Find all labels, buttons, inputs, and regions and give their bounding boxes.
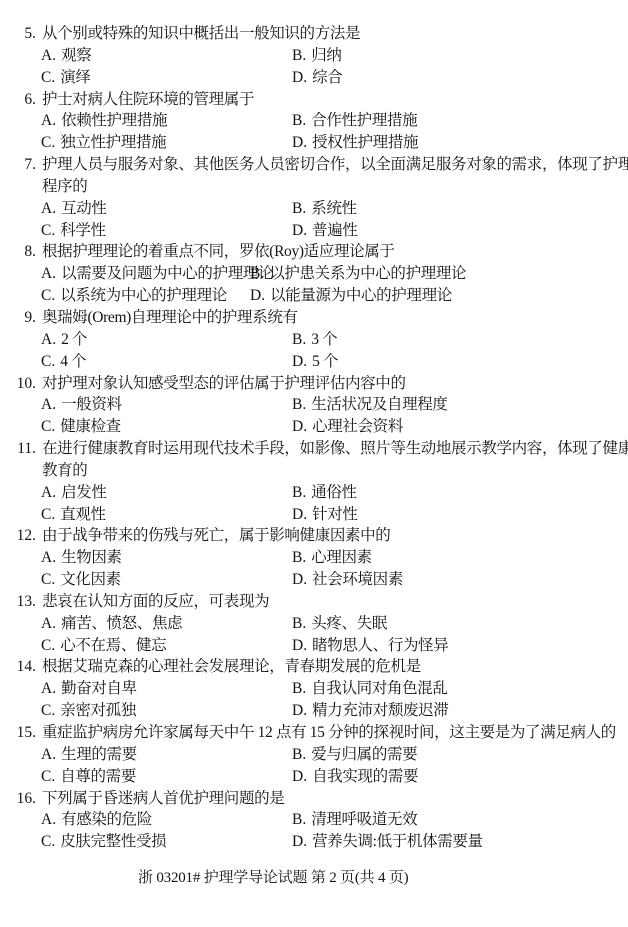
option-text: 针对性 bbox=[312, 506, 357, 523]
exam-page: 5.从个别或特殊的知识中概括出一般知识的方法是A.观察B.归纳C.演绎D.综合6… bbox=[0, 0, 628, 927]
option-item: B.爱与归属的需要 bbox=[292, 744, 417, 766]
option-text: 勤奋对自卑 bbox=[61, 680, 137, 697]
question-stem-line: 16.下列属于昏迷病人首优护理问题的是 bbox=[0, 788, 628, 810]
option-text: 精力充沛对颓废迟滞 bbox=[312, 702, 448, 719]
option-item: C.演绎 bbox=[41, 67, 91, 89]
question-block: 6.护士对病人住院环境的管理属于A.依赖性护理措施B.合作性护理措施C.独立性护… bbox=[0, 89, 628, 155]
option-item: A.勤奋对自卑 bbox=[41, 678, 137, 700]
option-row: A.依赖性护理措施B.合作性护理措施 bbox=[0, 110, 628, 132]
option-item: C.科学性 bbox=[41, 220, 106, 242]
option-text: 睹物思人、行为怪异 bbox=[312, 637, 448, 654]
option-label: A. bbox=[41, 200, 56, 217]
option-label: A. bbox=[41, 811, 56, 828]
question-stem-line: 10.对护理对象认知感受型态的评估属于护理评估内容中的 bbox=[0, 373, 628, 395]
question-stem-text: 程序的 bbox=[42, 176, 87, 198]
option-item: B.自我认同对角色混乱 bbox=[292, 678, 448, 700]
option-row: A.有感染的危险B.清理呼吸道无效 bbox=[0, 809, 628, 831]
question-number: 8. bbox=[0, 241, 36, 263]
option-text: 头疼、失眠 bbox=[311, 615, 387, 632]
option-label: B. bbox=[292, 811, 306, 828]
option-label: C. bbox=[41, 222, 55, 239]
option-row: C.以系统为中心的护理理论D.以能量源为中心的护理理论 bbox=[0, 285, 628, 307]
option-item: D.营养失调:低于机体需要量 bbox=[292, 831, 483, 853]
question-stem-text: 奥瑞姆(Orem)自理理论中的护理系统有 bbox=[42, 307, 298, 329]
option-item: C.文化因素 bbox=[41, 569, 121, 591]
option-text: 观察 bbox=[61, 47, 91, 64]
option-label: B. bbox=[292, 200, 306, 217]
option-item: A.互动性 bbox=[41, 198, 107, 220]
question-number: 12. bbox=[0, 525, 36, 547]
question-number: 7. bbox=[0, 154, 36, 176]
option-item: B.清理呼吸道无效 bbox=[292, 809, 417, 831]
option-item: C.皮肤完整性受损 bbox=[41, 831, 166, 853]
option-text: 综合 bbox=[312, 69, 342, 86]
option-label: D. bbox=[292, 637, 307, 654]
option-text: 3 个 bbox=[311, 331, 337, 348]
option-item: C.直观性 bbox=[41, 504, 106, 526]
question-stem-line: 8.根据护理理论的着重点不同，罗依(Roy)适应理论属于 bbox=[0, 241, 628, 263]
option-row: A.观察B.归纳 bbox=[0, 45, 628, 67]
option-item: A.痛苦、愤怒、焦虑 bbox=[41, 613, 182, 635]
question-number: 9. bbox=[0, 307, 36, 329]
question-stem-line: 14.根据艾瑞克森的心理社会发展理论，青春期发展的危机是 bbox=[0, 656, 628, 678]
question-block: 9.奥瑞姆(Orem)自理理论中的护理系统有A.2 个B.3 个C.4 个D.5… bbox=[0, 307, 628, 373]
option-item: D.以能量源为中心的护理理论 bbox=[250, 285, 452, 307]
option-text: 5 个 bbox=[312, 353, 338, 370]
option-label: B. bbox=[292, 331, 306, 348]
option-label: D. bbox=[292, 69, 307, 86]
question-stem-text: 在进行健康教育时运用现代技术手段，如影像、照片等生动地展示教学内容，体现了健康 bbox=[42, 438, 628, 460]
option-item: D.睹物思人、行为怪异 bbox=[292, 635, 448, 657]
option-label: C. bbox=[41, 702, 55, 719]
question-number: 15. bbox=[0, 722, 36, 744]
option-item: B.心理因素 bbox=[292, 547, 372, 569]
option-row: A.痛苦、愤怒、焦虑B.头疼、失眠 bbox=[0, 613, 628, 635]
option-label: A. bbox=[41, 746, 56, 763]
option-label: A. bbox=[41, 680, 56, 697]
option-label: C. bbox=[41, 571, 55, 588]
option-text: 心不在焉、健忘 bbox=[60, 637, 166, 654]
option-item: A.依赖性护理措施 bbox=[41, 110, 167, 132]
option-item: A.启发性 bbox=[41, 482, 107, 504]
option-text: 演绎 bbox=[60, 69, 90, 86]
option-item: B.合作性护理措施 bbox=[292, 110, 417, 132]
option-label: C. bbox=[41, 637, 55, 654]
question-block: 14.根据艾瑞克森的心理社会发展理论，青春期发展的危机是A.勤奋对自卑B.自我认… bbox=[0, 656, 628, 722]
option-item: A.一般资料 bbox=[41, 394, 122, 416]
option-text: 互动性 bbox=[61, 200, 106, 217]
option-label: A. bbox=[41, 265, 56, 282]
option-label: D. bbox=[292, 571, 307, 588]
option-text: 亲密对孤独 bbox=[60, 702, 136, 719]
option-text: 系统性 bbox=[311, 200, 356, 217]
option-item: D.精力充沛对颓废迟滞 bbox=[292, 700, 448, 722]
option-text: 爱与归属的需要 bbox=[311, 746, 417, 763]
question-stem-text: 由于战争带来的伤残与死亡，属于影响健康因素中的 bbox=[42, 525, 390, 547]
option-item: D.心理社会资料 bbox=[292, 416, 403, 438]
option-item: A.生理的需要 bbox=[41, 744, 137, 766]
option-item: D.针对性 bbox=[292, 504, 358, 526]
question-block: 13.悲哀在认知方面的反应，可表现为A.痛苦、愤怒、焦虑B.头疼、失眠C.心不在… bbox=[0, 591, 628, 657]
option-item: C.独立性护理措施 bbox=[41, 132, 166, 154]
question-number: 6. bbox=[0, 89, 36, 111]
option-text: 社会环境因素 bbox=[312, 571, 403, 588]
option-row: A.生理的需要B.爱与归属的需要 bbox=[0, 744, 628, 766]
option-label: A. bbox=[41, 331, 56, 348]
option-label: B. bbox=[250, 265, 264, 282]
question-stem-continuation: 教育的 bbox=[0, 460, 628, 482]
question-stem-line: 12.由于战争带来的伤残与死亡，属于影响健康因素中的 bbox=[0, 525, 628, 547]
option-text: 皮肤完整性受损 bbox=[60, 833, 166, 850]
option-row: A.一般资料B.生活状况及自理程度 bbox=[0, 394, 628, 416]
option-row: C.科学性D.普遍性 bbox=[0, 220, 628, 242]
option-label: D. bbox=[292, 418, 307, 435]
option-label: C. bbox=[41, 833, 55, 850]
option-item: A.观察 bbox=[41, 45, 91, 67]
option-label: A. bbox=[41, 484, 56, 501]
question-block: 10.对护理对象认知感受型态的评估属于护理评估内容中的A.一般资料B.生活状况及… bbox=[0, 373, 628, 439]
option-label: B. bbox=[292, 396, 306, 413]
question-stem-line: 11.在进行健康教育时运用现代技术手段，如影像、照片等生动地展示教学内容，体现了… bbox=[0, 438, 628, 460]
option-text: 普遍性 bbox=[312, 222, 357, 239]
question-number: 14. bbox=[0, 656, 36, 678]
question-number: 5. bbox=[0, 23, 36, 45]
option-label: B. bbox=[292, 680, 306, 697]
question-stem-text: 护士对病人住院环境的管理属于 bbox=[42, 89, 254, 111]
option-item: B.3 个 bbox=[292, 329, 337, 351]
question-block: 5.从个别或特殊的知识中概括出一般知识的方法是A.观察B.归纳C.演绎D.综合 bbox=[0, 23, 628, 89]
option-row: A.互动性B.系统性 bbox=[0, 198, 628, 220]
option-item: D.综合 bbox=[292, 67, 342, 89]
option-item: C.心不在焉、健忘 bbox=[41, 635, 166, 657]
option-label: B. bbox=[292, 615, 306, 632]
option-label: B. bbox=[292, 746, 306, 763]
option-item: B.头疼、失眠 bbox=[292, 613, 387, 635]
option-text: 生理的需要 bbox=[61, 746, 137, 763]
option-row: A.2 个B.3 个 bbox=[0, 329, 628, 351]
option-text: 2 个 bbox=[61, 331, 87, 348]
option-text: 依赖性护理措施 bbox=[61, 112, 167, 129]
option-label: D. bbox=[292, 222, 307, 239]
question-block: 11.在进行健康教育时运用现代技术手段，如影像、照片等生动地展示教学内容，体现了… bbox=[0, 438, 628, 525]
option-text: 痛苦、愤怒、焦虑 bbox=[61, 615, 182, 632]
question-number: 16. bbox=[0, 788, 36, 810]
question-stem-line: 5.从个别或特殊的知识中概括出一般知识的方法是 bbox=[0, 23, 628, 45]
option-text: 以需要及问题为中心的护理理论 bbox=[61, 265, 273, 282]
option-item: A.生物因素 bbox=[41, 547, 122, 569]
question-stem-text: 下列属于昏迷病人首优护理问题的是 bbox=[42, 788, 284, 810]
option-row: C.演绎D.综合 bbox=[0, 67, 628, 89]
option-row: A.启发性B.通俗性 bbox=[0, 482, 628, 504]
option-label: C. bbox=[41, 134, 55, 151]
option-text: 4 个 bbox=[60, 353, 86, 370]
question-list: 5.从个别或特殊的知识中概括出一般知识的方法是A.观察B.归纳C.演绎D.综合6… bbox=[0, 23, 628, 853]
question-stem-line: 9.奥瑞姆(Orem)自理理论中的护理系统有 bbox=[0, 307, 628, 329]
question-number: 13. bbox=[0, 591, 36, 613]
option-text: 自我认同对角色混乱 bbox=[311, 680, 447, 697]
option-text: 一般资料 bbox=[61, 396, 122, 413]
option-item: B.通俗性 bbox=[292, 482, 357, 504]
option-row: C.直观性D.针对性 bbox=[0, 504, 628, 526]
option-text: 科学性 bbox=[60, 222, 105, 239]
question-stem-line: 15.重症监护病房允许家属每天中午 12 点有 15 分钟的探视时间，这主要是为… bbox=[0, 722, 628, 744]
question-stem-text: 护理人员与服务对象、其他医务人员密切合作，以全面满足服务对象的需求，体现了护理 bbox=[42, 154, 628, 176]
option-text: 生物因素 bbox=[61, 549, 122, 566]
option-label: C. bbox=[41, 506, 55, 523]
option-text: 自尊的需要 bbox=[60, 768, 136, 785]
option-item: A.有感染的危险 bbox=[41, 809, 152, 831]
option-item: C.亲密对孤独 bbox=[41, 700, 136, 722]
option-row: C.自尊的需要D.自我实现的需要 bbox=[0, 766, 628, 788]
option-label: D. bbox=[292, 833, 307, 850]
option-item: C.自尊的需要 bbox=[41, 766, 136, 788]
option-item: B.以护患关系为中心的护理理论 bbox=[250, 263, 466, 285]
page-footer: 浙 03201# 护理学导论试题 第 2 页(共 4 页) bbox=[138, 866, 408, 887]
option-label: D. bbox=[250, 287, 265, 304]
option-item: D.普遍性 bbox=[292, 220, 358, 242]
option-row: C.文化因素D.社会环境因素 bbox=[0, 569, 628, 591]
option-text: 直观性 bbox=[60, 506, 105, 523]
question-block: 15.重症监护病房允许家属每天中午 12 点有 15 分钟的探视时间，这主要是为… bbox=[0, 722, 628, 788]
question-block: 7.护理人员与服务对象、其他医务人员密切合作，以全面满足服务对象的需求，体现了护… bbox=[0, 154, 628, 241]
option-item: B.生活状况及自理程度 bbox=[292, 394, 448, 416]
option-text: 自我实现的需要 bbox=[312, 768, 418, 785]
question-stem-text: 重症监护病房允许家属每天中午 12 点有 15 分钟的探视时间，这主要是为了满足… bbox=[42, 722, 616, 744]
option-label: C. bbox=[41, 768, 55, 785]
option-row: A.勤奋对自卑B.自我认同对角色混乱 bbox=[0, 678, 628, 700]
option-label: C. bbox=[41, 69, 55, 86]
question-block: 8.根据护理理论的着重点不同，罗依(Roy)适应理论属于A.以需要及问题为中心的… bbox=[0, 241, 628, 307]
question-stem-text: 根据艾瑞克森的心理社会发展理论，青春期发展的危机是 bbox=[42, 656, 421, 678]
option-item: B.归纳 bbox=[292, 45, 342, 67]
option-row: A.以需要及问题为中心的护理理论B.以护患关系为中心的护理理论 bbox=[0, 263, 628, 285]
option-text: 合作性护理措施 bbox=[311, 112, 417, 129]
option-text: 有感染的危险 bbox=[61, 811, 152, 828]
question-block: 12.由于战争带来的伤残与死亡，属于影响健康因素中的A.生物因素B.心理因素C.… bbox=[0, 525, 628, 591]
question-block: 16.下列属于昏迷病人首优护理问题的是A.有感染的危险B.清理呼吸道无效C.皮肤… bbox=[0, 788, 628, 854]
option-label: D. bbox=[292, 768, 307, 785]
option-item: D.自我实现的需要 bbox=[292, 766, 418, 788]
question-stem-line: 7.护理人员与服务对象、其他医务人员密切合作，以全面满足服务对象的需求，体现了护… bbox=[0, 154, 628, 176]
option-item: D.授权性护理措施 bbox=[292, 132, 418, 154]
option-text: 授权性护理措施 bbox=[312, 134, 418, 151]
option-label: C. bbox=[41, 287, 55, 304]
option-item: D.社会环境因素 bbox=[292, 569, 403, 591]
option-label: A. bbox=[41, 47, 56, 64]
option-row: C.亲密对孤独D.精力充沛对颓废迟滞 bbox=[0, 700, 628, 722]
option-item: A.2 个 bbox=[41, 329, 87, 351]
option-text: 健康检查 bbox=[60, 418, 121, 435]
option-text: 以护患关系为中心的护理理论 bbox=[269, 265, 466, 282]
option-text: 心理因素 bbox=[311, 549, 372, 566]
option-text: 以系统为中心的护理理论 bbox=[60, 287, 227, 304]
option-text: 以能量源为中心的护理理论 bbox=[270, 287, 452, 304]
option-row: A.生物因素B.心理因素 bbox=[0, 547, 628, 569]
option-label: D. bbox=[292, 134, 307, 151]
option-label: B. bbox=[292, 47, 306, 64]
option-label: D. bbox=[292, 506, 307, 523]
option-label: B. bbox=[292, 484, 306, 501]
option-label: A. bbox=[41, 112, 56, 129]
option-row: C.心不在焉、健忘D.睹物思人、行为怪异 bbox=[0, 635, 628, 657]
option-text: 独立性护理措施 bbox=[60, 134, 166, 151]
option-label: A. bbox=[41, 615, 56, 632]
option-text: 心理社会资料 bbox=[312, 418, 403, 435]
option-label: D. bbox=[292, 702, 307, 719]
option-item: D.5 个 bbox=[292, 351, 338, 373]
question-number: 10. bbox=[0, 373, 36, 395]
option-label: D. bbox=[292, 353, 307, 370]
option-row: C.4 个D.5 个 bbox=[0, 351, 628, 373]
question-stem-line: 13.悲哀在认知方面的反应，可表现为 bbox=[0, 591, 628, 613]
option-text: 通俗性 bbox=[311, 484, 356, 501]
question-stem-text: 从个别或特殊的知识中概括出一般知识的方法是 bbox=[42, 23, 360, 45]
option-row: C.健康检查D.心理社会资料 bbox=[0, 416, 628, 438]
option-row: C.独立性护理措施D.授权性护理措施 bbox=[0, 132, 628, 154]
question-stem-text: 悲哀在认知方面的反应，可表现为 bbox=[42, 591, 269, 613]
option-text: 清理呼吸道无效 bbox=[311, 811, 417, 828]
option-text: 文化因素 bbox=[60, 571, 121, 588]
option-label: A. bbox=[41, 549, 56, 566]
option-label: B. bbox=[292, 112, 306, 129]
question-stem-text: 对护理对象认知感受型态的评估属于护理评估内容中的 bbox=[42, 373, 406, 395]
question-stem-continuation: 程序的 bbox=[0, 176, 628, 198]
question-number: 11. bbox=[0, 438, 36, 460]
option-item: C.健康检查 bbox=[41, 416, 121, 438]
option-text: 启发性 bbox=[61, 484, 106, 501]
option-label: C. bbox=[41, 353, 55, 370]
option-text: 营养失调:低于机体需要量 bbox=[312, 833, 483, 850]
option-item: A.以需要及问题为中心的护理理论 bbox=[41, 263, 273, 285]
option-label: B. bbox=[292, 549, 306, 566]
option-item: C.以系统为中心的护理理论 bbox=[41, 285, 227, 307]
option-item: C.4 个 bbox=[41, 351, 86, 373]
question-stem-text: 根据护理理论的着重点不同，罗依(Roy)适应理论属于 bbox=[42, 241, 395, 263]
option-row: C.皮肤完整性受损D.营养失调:低于机体需要量 bbox=[0, 831, 628, 853]
option-item: B.系统性 bbox=[292, 198, 357, 220]
question-stem-line: 6.护士对病人住院环境的管理属于 bbox=[0, 89, 628, 111]
question-stem-text: 教育的 bbox=[42, 460, 87, 482]
option-label: C. bbox=[41, 418, 55, 435]
option-text: 生活状况及自理程度 bbox=[311, 396, 447, 413]
option-text: 归纳 bbox=[311, 47, 341, 64]
option-label: A. bbox=[41, 396, 56, 413]
